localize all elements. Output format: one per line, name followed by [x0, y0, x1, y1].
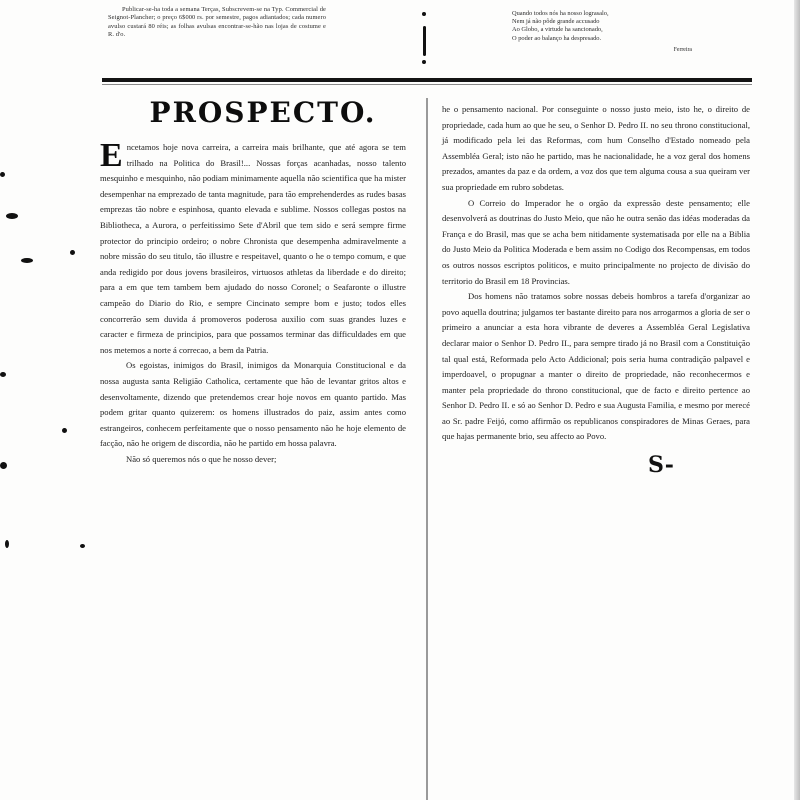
separator-bar-icon — [423, 26, 426, 56]
scan-speck — [6, 213, 18, 219]
scan-margin-specks — [0, 100, 100, 800]
drop-cap: E — [100, 142, 123, 170]
epigraph-line: Nem já não pôde grande accusado — [512, 18, 722, 26]
scan-speck — [62, 428, 67, 433]
epigraph-line: Quando todos nós ha nosso lograsalo, — [512, 10, 722, 18]
article-title: PROSPECTO. — [118, 96, 408, 129]
paragraph: Dos homens não tratamos sobre nossas deb… — [442, 289, 750, 445]
scan-speck — [0, 172, 5, 177]
newspaper-page: Publicar-se-ha toda a semana Terças, Sub… — [0, 0, 800, 800]
paragraph: he o pensamento nacional. Por conseguint… — [442, 102, 750, 196]
paragraph: O Correio do Imperador he o orgão da exp… — [442, 196, 750, 290]
header-separator-exclamation-icon — [422, 12, 426, 62]
epigraph: Quando todos nós ha nosso lograsalo, Nem… — [512, 10, 722, 54]
paragraph: Os egoistas, inimigos do Brasil, inimigo… — [100, 358, 406, 452]
separator-dot-icon — [422, 60, 426, 64]
epigraph-attribution: Ferreira — [512, 46, 722, 54]
scan-speck — [70, 250, 75, 255]
separator-dot-icon — [422, 12, 426, 16]
subscription-notice-text: Publicar-se-ha toda a semana Terças, Sub… — [108, 6, 326, 40]
ink-mark: S- — [648, 452, 674, 478]
left-column: Encetamos hoje nova carreira, a carreira… — [100, 140, 406, 467]
scan-speck — [80, 544, 85, 548]
header-rule-thick — [102, 78, 752, 82]
scan-edge — [794, 0, 800, 800]
scan-speck — [5, 540, 9, 548]
epigraph-line: Ao Globo, a virtude ha sancionado, — [512, 26, 722, 34]
column-divider — [426, 98, 428, 800]
epigraph-line: O poder ao balanço ha despresado. — [512, 35, 722, 43]
subscription-notice: Publicar-se-ha toda a semana Terças, Sub… — [108, 6, 326, 40]
header-rule-thin — [102, 84, 752, 85]
paragraph: ncetamos hoje nova carreira, a carreira … — [100, 142, 406, 355]
scan-speck — [0, 462, 7, 469]
paragraph: Não só queremos nós o que he nosso dever… — [100, 452, 406, 468]
right-column: he o pensamento nacional. Por conseguint… — [442, 102, 750, 445]
scan-speck — [21, 258, 33, 263]
scan-speck — [0, 372, 6, 377]
